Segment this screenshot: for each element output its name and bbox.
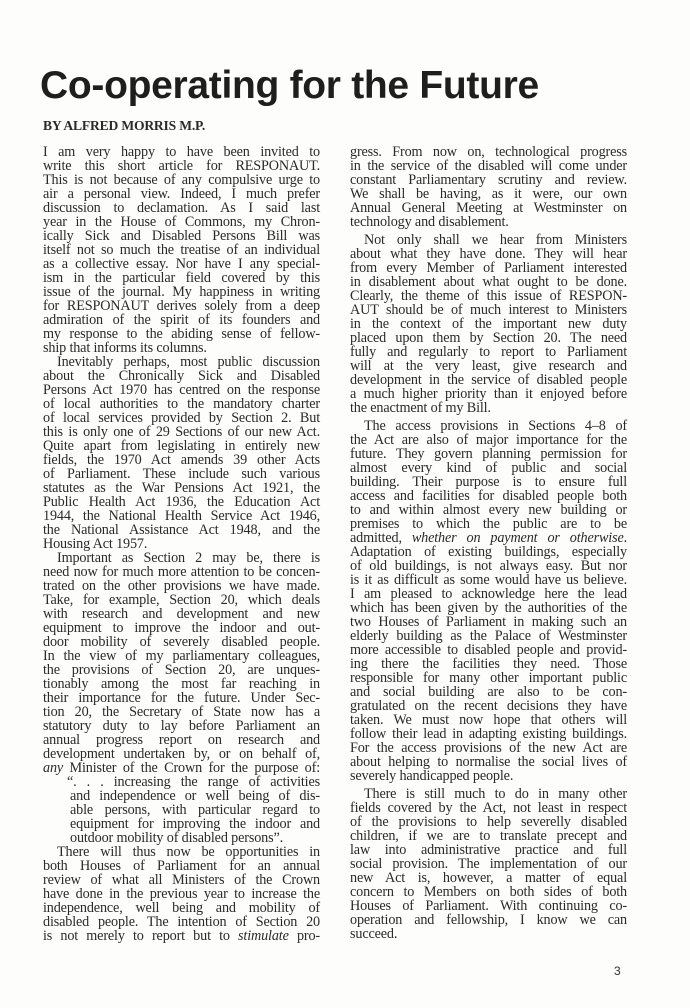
text-line: Persons Act 1970 has centred on the resp… — [43, 383, 320, 397]
text-line: The access provisions in Sections 4–8 of — [350, 419, 627, 433]
text-line: future. They govern planning permission … — [350, 447, 627, 461]
text-line: We shall be having, as it were, our own — [350, 187, 627, 201]
text-line: technology and disablement. — [350, 215, 627, 229]
text-line: have done in the previous year to increa… — [43, 887, 320, 901]
text-line: fully and regularly to report to Parliam… — [350, 345, 627, 359]
text-line: about helping to normalise the social li… — [350, 755, 627, 769]
text-line: fields, the 1970 Act amends 39 other Act… — [43, 453, 320, 467]
article-title: Co-operating for the Future — [40, 66, 539, 105]
text-line: social provision. The implementation of … — [350, 857, 627, 871]
text-line: my response to the abiding sense of fell… — [43, 327, 320, 341]
text-line: constant Parliamentary scrutiny and revi… — [350, 173, 627, 187]
text-line: their importance for the future. Under S… — [43, 691, 320, 705]
text-line: is it as difficult as some would have us… — [350, 573, 627, 587]
text-line: of local authorities to the mandatory ch… — [43, 397, 320, 411]
text-line: I am pleased to acknowledge here the lea… — [350, 587, 627, 601]
text-line: from every Member of Parliament interest… — [350, 261, 627, 275]
text-line: placed upon them by Section 20. The need — [350, 331, 627, 345]
text-line: of local services provided by Section 2.… — [43, 411, 320, 425]
page-number: 3 — [614, 964, 621, 978]
text-line: statutory duty to lay before Parliament … — [43, 719, 320, 733]
text-line: In the view of my parliamentary colleagu… — [43, 649, 320, 663]
text-line: tionably among the most far reaching in — [43, 677, 320, 691]
text-line: building. Their purpose is to ensure ful… — [350, 475, 627, 489]
text-line: in the service of the disabled will come… — [350, 159, 627, 173]
text-line: in the context of the important new duty — [350, 317, 627, 331]
text-line: severely handicapped people. — [350, 769, 627, 783]
text-line: This is not because of any compulsive ur… — [43, 173, 320, 187]
text-line: children, if we are to translate precept… — [350, 829, 627, 843]
text-line: Housing Act 1957. — [43, 537, 320, 551]
text-line: annual progress report on research and — [43, 733, 320, 747]
text-line: and social building are also to be con- — [350, 685, 627, 699]
text-line: air a personal view. Indeed, I much pref… — [43, 187, 320, 201]
text-line: ship that informs its columns. — [43, 341, 320, 355]
text-line: access and facilities for disabled peopl… — [350, 489, 627, 503]
text-line: the enactment of my Bill. — [350, 401, 627, 415]
text-line: of Parliament. These include such variou… — [43, 467, 320, 481]
text-line: independence, well being and mobility of — [43, 901, 320, 915]
text-line: both Houses of Parliament for an annual — [43, 859, 320, 873]
text-line: two Houses of Parliament in making such … — [350, 615, 627, 629]
text-line: about the Chronically Sick and Disabled — [43, 369, 320, 383]
text-line: of old buildings, is not always easy. Bu… — [350, 559, 627, 573]
article-byline: BY ALFRED MORRIS M.P. — [43, 118, 205, 134]
text-line: There will thus now be opportunities in — [43, 845, 320, 859]
text-line: almost every kind of public and social — [350, 461, 627, 475]
text-line: Adaptation of existing buildings, especi… — [350, 545, 627, 559]
text-line: will at the very least, give research an… — [350, 359, 627, 373]
text-line: equipment for improving the indoor and — [43, 817, 320, 831]
text-line: door mobility of severely disabled peopl… — [43, 635, 320, 649]
text-line: the Act are also of major importance for… — [350, 433, 627, 447]
text-line: disabled people. The intention of Sectio… — [43, 915, 320, 929]
text-line: law into administrative practice and ful… — [350, 843, 627, 857]
text-line: with research and development and new — [43, 607, 320, 621]
text-line: need now for much more attention to be c… — [43, 565, 320, 579]
text-line: to and within almost every new building … — [350, 503, 627, 517]
text-line: and independence or well being of dis- — [43, 789, 320, 803]
text-line: premises to which the public are to be — [350, 517, 627, 531]
text-line: follow their lead in adapting existing b… — [350, 727, 627, 741]
text-line: the National Assistance Act 1948, and th… — [43, 523, 320, 537]
text-line: year in the House of Commons, my Chron- — [43, 215, 320, 229]
text-line: ically Sick and Disabled Persons Bill wa… — [43, 229, 320, 243]
text-line: more accessible to disabled people and p… — [350, 643, 627, 657]
text-line: Take, for example, Section 20, which dea… — [43, 593, 320, 607]
text-line: issue of the journal. My happiness in wr… — [43, 285, 320, 299]
text-line: Clearly, the theme of this issue of RESP… — [350, 289, 627, 303]
text-line: itself not so much the treatise of an in… — [43, 243, 320, 257]
text-line: 1944, the National Health Service Act 19… — [43, 509, 320, 523]
text-line: admiration of the spirit of its founders… — [43, 313, 320, 327]
text-line: operation and fellowship, I know we can — [350, 913, 627, 927]
text-line: equipment to improve the indoor and out- — [43, 621, 320, 635]
text-line: as a collective essay. Nor have I any sp… — [43, 257, 320, 271]
text-line: elderly building as the Palace of Westmi… — [350, 629, 627, 643]
text-line: in disablement about what ought to be do… — [350, 275, 627, 289]
text-line: the provisions of Section 20, are unques… — [43, 663, 320, 677]
text-line: admitted, whether on payment or otherwis… — [350, 531, 627, 545]
text-line: which has been given by the authorities … — [350, 601, 627, 615]
text-line: ism in the particular field covered by t… — [43, 271, 320, 285]
text-line: about what they have done. They will hea… — [350, 247, 627, 261]
text-line: able persons, with particular regard to — [43, 803, 320, 817]
text-line: any Minister of the Crown for the purpos… — [43, 761, 320, 775]
text-line: discussion to declamation. As I said las… — [43, 201, 320, 215]
text-line: Houses of Parliament. With continuing co… — [350, 899, 627, 913]
text-line: “. . . increasing the range of activitie… — [43, 775, 320, 789]
text-line: Annual General Meeting at Westminster on — [350, 201, 627, 215]
text-line: Inevitably perhaps, most public discussi… — [43, 355, 320, 369]
text-line: AUT should be of much interest to Minist… — [350, 303, 627, 317]
text-line: review of what all Ministers of the Crow… — [43, 873, 320, 887]
text-line: statutes as the War Pensions Act 1921, t… — [43, 481, 320, 495]
text-line: is not merely to report but to stimulate… — [43, 929, 320, 943]
text-line: Public Health Act 1936, the Education Ac… — [43, 495, 320, 509]
text-line: For the access provisions of the new Act… — [350, 741, 627, 755]
text-line: tion 20, the Secretary of State now has … — [43, 705, 320, 719]
text-line: taken. We must now hope that others will — [350, 713, 627, 727]
text-line: ing there the facilities they need. Thos… — [350, 657, 627, 671]
text-line: development in the service of disabled p… — [350, 373, 627, 387]
text-line: development undertaken by, or on behalf … — [43, 747, 320, 761]
text-line: There is still much to do in many other — [350, 787, 627, 801]
text-line: outdoor mobility of disabled persons”. — [43, 831, 320, 845]
text-line: succeed. — [350, 927, 627, 941]
text-line: responsible for many other important pub… — [350, 671, 627, 685]
text-line: this is only one of 29 Sections of our n… — [43, 425, 320, 439]
text-line: Quite apart from legislating in entirely… — [43, 439, 320, 453]
text-line: for RESPONAUT derives solely from a deep — [43, 299, 320, 313]
text-line: Important as Section 2 may be, there is — [43, 551, 320, 565]
text-line: a much higher priority than it enjoyed b… — [350, 387, 627, 401]
text-line: fields covered by the Act, not least in … — [350, 801, 627, 815]
text-line: gress. From now on, technological progre… — [350, 145, 627, 159]
text-line: concern to Members on both sides of both — [350, 885, 627, 899]
text-line: new Act is, however, a matter of equal — [350, 871, 627, 885]
text-line: write this short article for RESPONAUT. — [43, 159, 320, 173]
text-line: gratulated on the recent decisions they … — [350, 699, 627, 713]
text-line: Not only shall we hear from Ministers — [350, 233, 627, 247]
text-line: I am very happy to have been invited to — [43, 145, 320, 159]
text-line: trated on the other provisions we have m… — [43, 579, 320, 593]
text-line: of the provisions to help severelly disa… — [350, 815, 627, 829]
